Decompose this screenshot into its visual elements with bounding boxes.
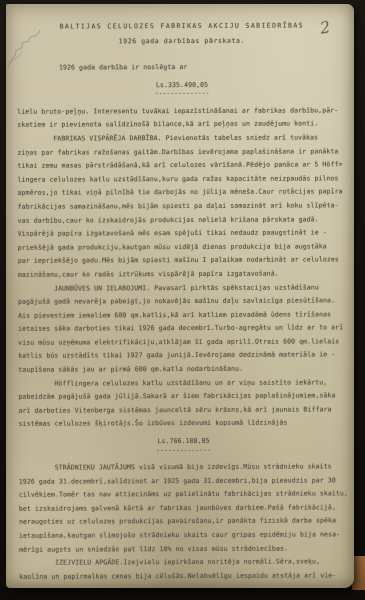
amount-net-result: Ls.335.490,05 -------------- bbox=[17, 80, 347, 98]
paragraph-continuation: lielu bruto-peļņu. Interesentu tuvākai i… bbox=[17, 104, 347, 133]
paragraph-raw-materials: IZEJVIELU APGĀDE.Izejvielu iepirkšana no… bbox=[19, 555, 349, 584]
dashed-rule: -------------- bbox=[17, 89, 347, 99]
paragraph-workers: STRĀDNIEKU JAUTĀJUMS visā visumā bija iz… bbox=[19, 460, 349, 557]
photo-backdrop: 2 BALTIJAS CELULOZES FABRIKAS AKCIJU SAB… bbox=[0, 0, 365, 600]
amount-construction-total: Ls.766.108,85 -------------- bbox=[19, 436, 349, 454]
typewritten-content: BALTIJAS CELULOZES FABRIKAS AKCIJU SABIE… bbox=[17, 19, 349, 584]
document-page: 2 BALTIJAS CELULOZES FABRIKAS AKCIJU SAB… bbox=[6, 4, 354, 588]
document-title: BALTIJAS CELULOZES FABRIKAS AKCIJU SABIE… bbox=[17, 19, 347, 34]
dashed-rule: -------------- bbox=[19, 445, 349, 455]
paragraph-hoefflinger: Höfflingera celulozes katlu uzstādīšanu … bbox=[18, 376, 348, 432]
document-subtitle: 1926 gada darbības pārskata. bbox=[17, 34, 347, 49]
opening-line: 1926 gada darbība ir noslēgta ar bbox=[17, 60, 347, 75]
paragraph-general-operations: FABRIKAS VISPĀRĒJA DARBĪBA. Pievienotās … bbox=[17, 131, 348, 282]
paragraph-new-constructions: JAUNBŪVES UN IELABOJUMI. Pavasarī pirktā… bbox=[18, 281, 348, 378]
